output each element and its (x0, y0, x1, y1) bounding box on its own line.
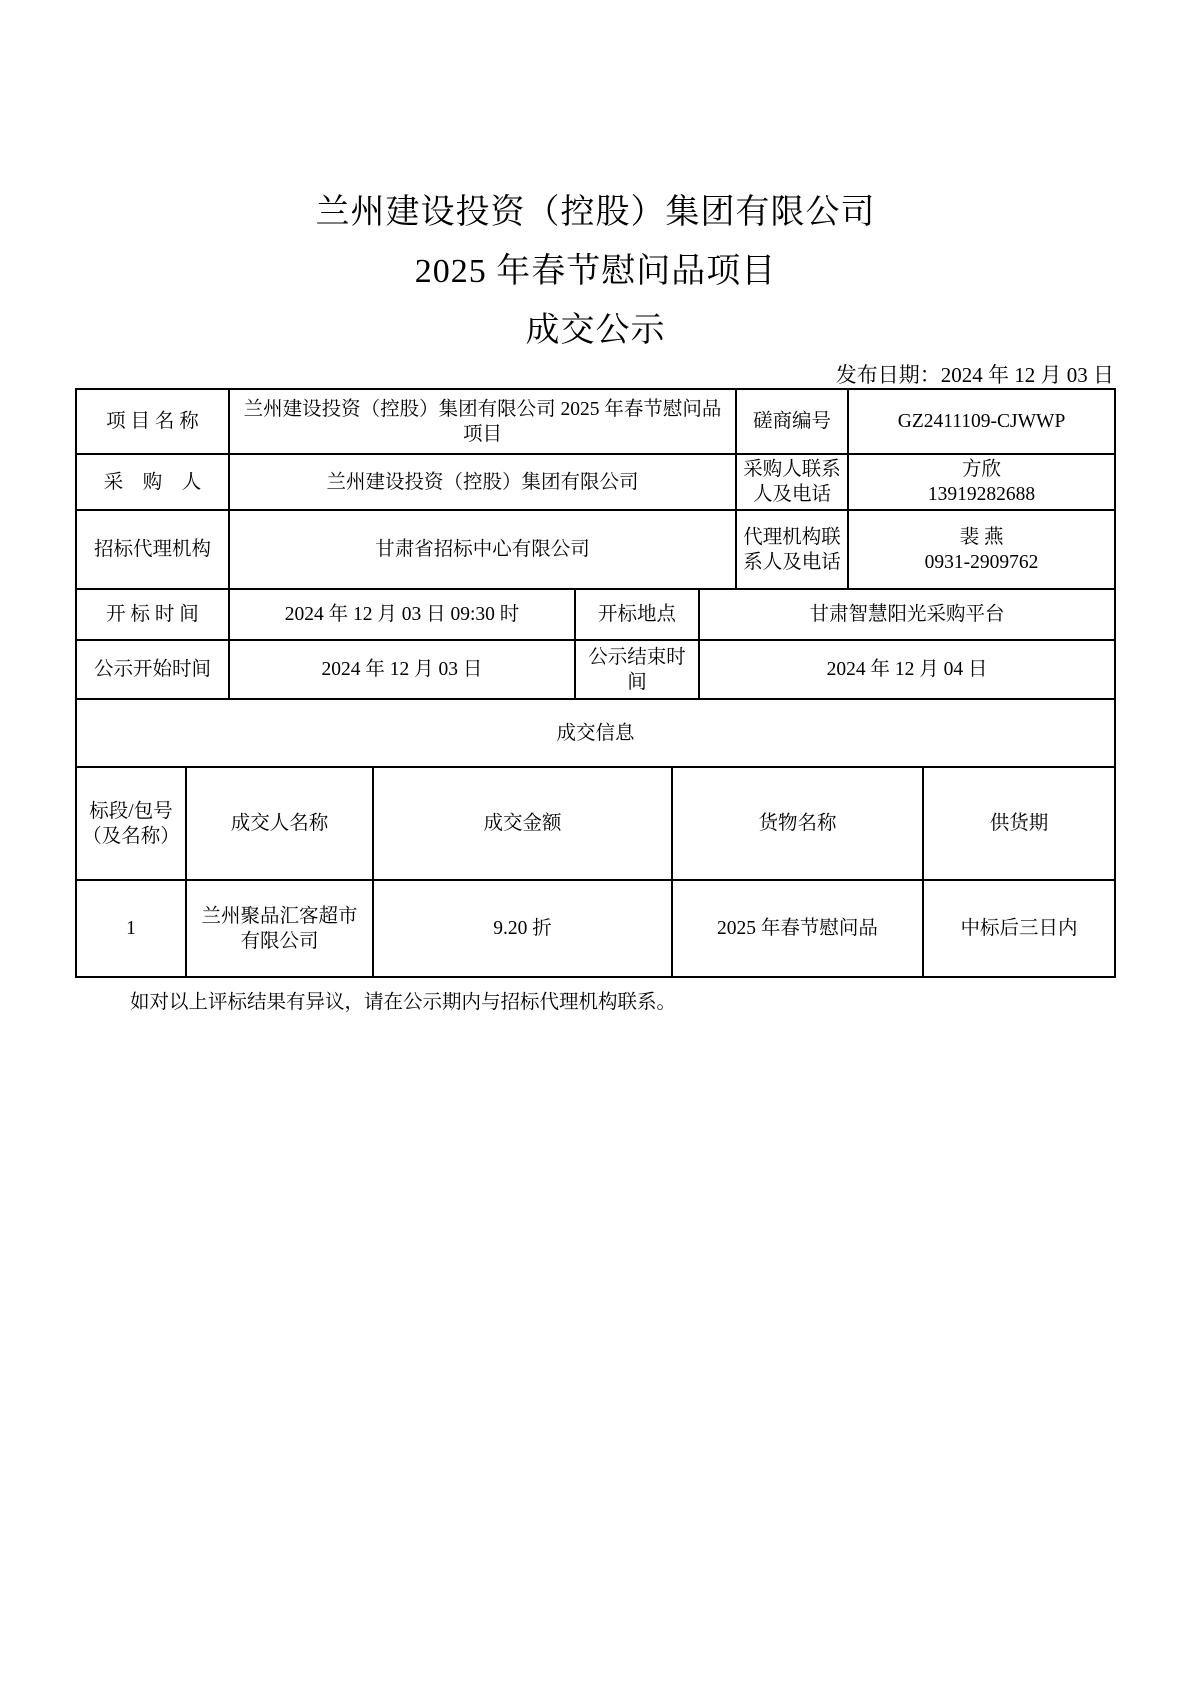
cell-delivery: 中标后三日内 (923, 880, 1115, 977)
header-goods: 货物名称 (672, 767, 923, 880)
award-table: 标段/包号 （及名称） 成交人名称 成交金额 货物名称 供货期 1 兰州聚品汇客… (75, 766, 1116, 978)
purchaser-contact-label: 采购人联系 人及电话 (736, 454, 848, 510)
award-section-title: 成交信息 (76, 699, 1115, 767)
doc-title-line-2: 2025 年春节慰问品项目 (0, 242, 1191, 301)
publicity-end-label: 公示结束时间 (575, 640, 699, 699)
header-winner: 成交人名称 (186, 767, 373, 880)
bid-opening-place-value: 甘肃智慧阳光采购平台 (699, 589, 1115, 640)
info-row-section-title: 成交信息 (76, 699, 1115, 767)
document-page: 兰州建设投资（控股）集团有限公司 2025 年春节慰问品项目 成交公示 发布日期… (0, 0, 1191, 1684)
cell-winner: 兰州聚品汇客超市 有限公司 (186, 880, 373, 977)
agency-contact-label: 代理机构联 系人及电话 (736, 510, 848, 589)
publish-date: 发布日期：2024 年 12 月 03 日 (0, 362, 1191, 388)
agency-contact-value: 裴 燕 0931-2909762 (848, 510, 1115, 589)
info-row-agency: 招标代理机构 甘肃省招标中心有限公司 代理机构联 系人及电话 裴 燕 0931-… (76, 510, 1115, 589)
project-name-label: 项 目 名 称 (76, 389, 229, 454)
info-table: 项 目 名 称 兰州建设投资（控股）集团有限公司 2025 年春节慰问品 项目 … (75, 388, 1116, 768)
agency-value: 甘肃省招标中心有限公司 (229, 510, 736, 589)
bid-opening-time-label: 开 标 时 间 (76, 589, 229, 640)
bid-opening-place-label: 开标地点 (575, 589, 699, 640)
header-amount: 成交金额 (373, 767, 672, 880)
header-lot: 标段/包号 （及名称） (76, 767, 186, 880)
doc-title-line-1: 兰州建设投资（控股）集团有限公司 (0, 183, 1191, 242)
agency-label: 招标代理机构 (76, 510, 229, 589)
info-row-publicity: 公示开始时间 2024 年 12 月 03 日 公示结束时间 2024 年 12… (76, 640, 1115, 699)
cell-goods: 2025 年春节慰问品 (672, 880, 923, 977)
award-data-row: 1 兰州聚品汇客超市 有限公司 9.20 折 2025 年春节慰问品 中标后三日… (76, 880, 1115, 977)
award-header-row: 标段/包号 （及名称） 成交人名称 成交金额 货物名称 供货期 (76, 767, 1115, 880)
header-delivery: 供货期 (923, 767, 1115, 880)
bid-opening-time-value: 2024 年 12 月 03 日 09:30 时 (229, 589, 575, 640)
info-row-purchaser: 采 购 人 兰州建设投资（控股）集团有限公司 采购人联系 人及电话 方欣 139… (76, 454, 1115, 510)
cell-lot: 1 (76, 880, 186, 977)
purchaser-label: 采 购 人 (76, 454, 229, 510)
publicity-start-label: 公示开始时间 (76, 640, 229, 699)
purchaser-contact-value: 方欣 13919282688 (848, 454, 1115, 510)
title-block: 兰州建设投资（控股）集团有限公司 2025 年春节慰问品项目 成交公示 (0, 0, 1191, 360)
cell-amount: 9.20 折 (373, 880, 672, 977)
purchaser-value: 兰州建设投资（控股）集团有限公司 (229, 454, 736, 510)
info-row-project: 项 目 名 称 兰州建设投资（控股）集团有限公司 2025 年春节慰问品 项目 … (76, 389, 1115, 454)
negotiation-no-label: 磋商编号 (736, 389, 848, 454)
publicity-start-value: 2024 年 12 月 03 日 (229, 640, 575, 699)
info-row-bid-opening: 开 标 时 间 2024 年 12 月 03 日 09:30 时 开标地点 甘肃… (76, 589, 1115, 640)
footer-note: 如对以上评标结果有异议，请在公示期内与招标代理机构联系。 (130, 986, 1191, 1014)
project-name-value: 兰州建设投资（控股）集团有限公司 2025 年春节慰问品 项目 (229, 389, 736, 454)
doc-title-line-3: 成交公示 (0, 301, 1191, 360)
negotiation-no-value: GZ2411109-CJWWP (848, 389, 1115, 454)
publicity-end-value: 2024 年 12 月 04 日 (699, 640, 1115, 699)
